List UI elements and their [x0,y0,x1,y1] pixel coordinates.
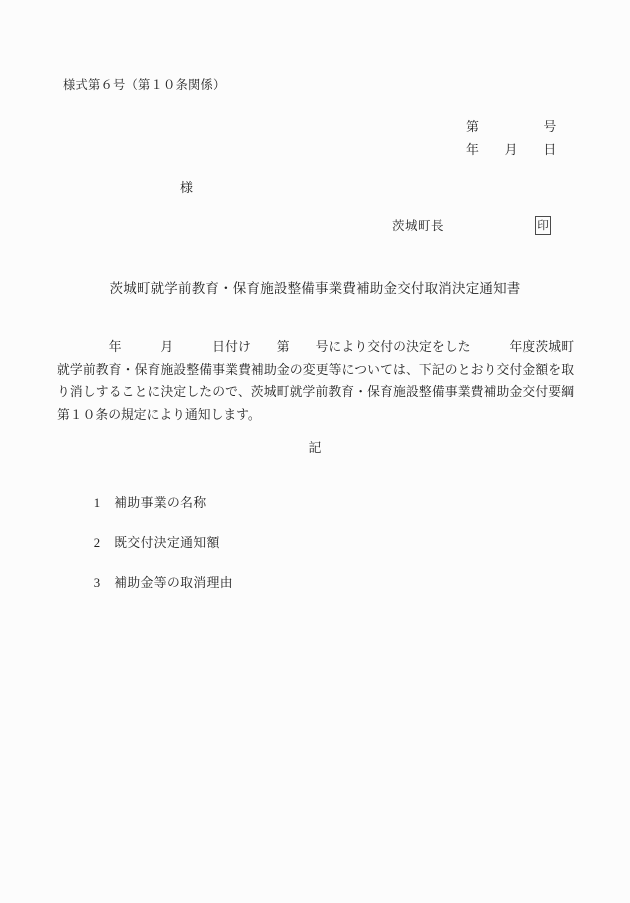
body-line-2: 就学前教育・保育施設整備事業費補助金の変更等については、下記のとおり交付金額を取 [57,359,574,382]
document-title: 茨城町就学前教育・保育施設整備事業費補助金交付取消決定通知書 [0,282,630,296]
item-number: 1 [94,496,100,510]
list-item: 1補助事業の名称 [81,484,207,522]
body-line-1: 年 月 日付け 第 号により交付の決定をした 年度茨城町 [57,336,574,359]
body-paragraph: 年 月 日付け 第 号により交付の決定をした 年度茨城町 就学前教育・保育施設整… [57,336,574,426]
document-number-blank: 第 号 [466,121,556,134]
record-marker: 記 [0,442,630,455]
item-label: 既交付決定通知額 [114,536,220,550]
item-label: 補助事業の名称 [114,496,206,510]
item-number: 3 [94,576,100,590]
list-item: 3補助金等の取消理由 [81,564,233,602]
item-number: 2 [94,536,100,550]
body-line-3: り消しすることに決定したので、茨城町就学前教育・保育施設整備事業費補助金交付要綱 [57,381,574,404]
date-blank: 年 月 日 [466,144,556,157]
form-number: 様式第６号（第１０条関係） [63,79,225,91]
seal-character: 印 [537,220,549,232]
addressee-honorific: 様 [180,181,193,194]
list-item: 2既交付決定通知額 [81,524,220,562]
item-label: 補助金等の取消理由 [114,576,233,590]
seal-placeholder-box: 印 [535,216,551,235]
document-page: 様式第６号（第１０条関係） 第 号 年 月 日 様 茨城町長 印 茨城町就学前教… [0,0,630,903]
body-line-4: 第１０条の規定により通知します。 [57,404,574,427]
sender-title: 茨城町長 [392,220,444,233]
